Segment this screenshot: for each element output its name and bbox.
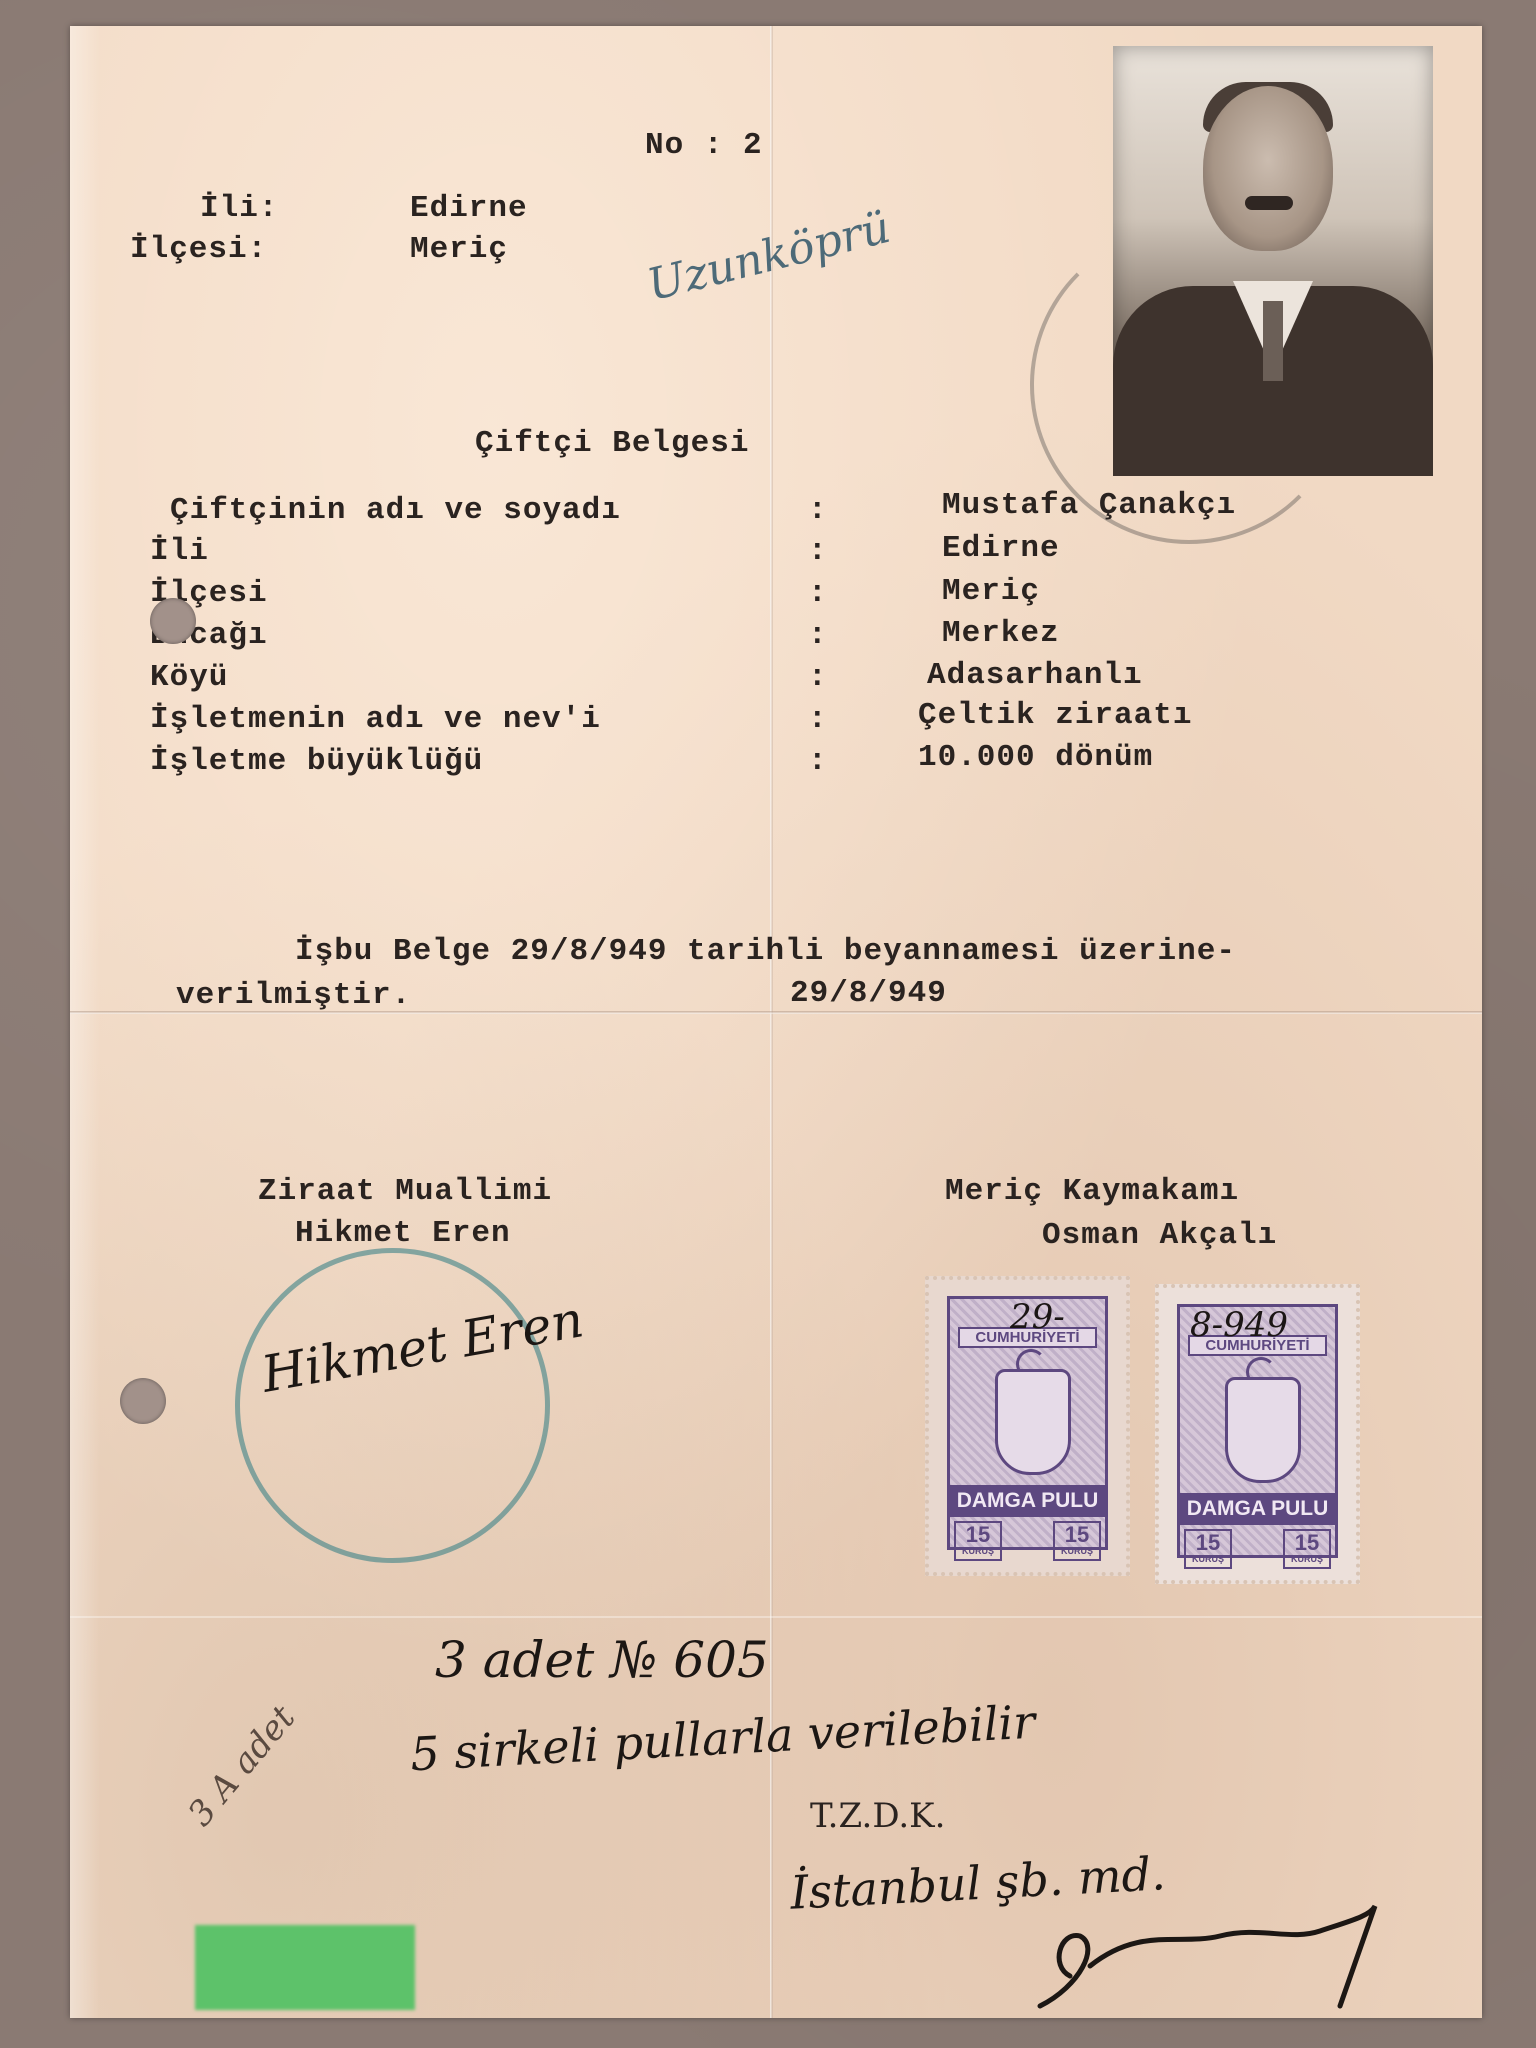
header-province-label: İli: [200, 191, 278, 226]
field-separator: : [808, 576, 828, 611]
left-signatory-title: Ziraat Muallimi [258, 1174, 552, 1209]
header-district-value: Meriç [410, 232, 508, 267]
punch-hole [150, 598, 196, 644]
document-title: Çiftçi Belgesi [475, 426, 749, 461]
stamp-cancel-mark: 29- [1010, 1297, 1065, 1337]
document-number: No : 2 [645, 128, 763, 163]
official-seal [235, 1248, 550, 1563]
redaction-block [195, 1925, 415, 2010]
field-value: Meriç [942, 574, 1040, 609]
emblem-icon [995, 1369, 1071, 1475]
field-separator: : [808, 493, 828, 528]
number-label: No [645, 128, 684, 163]
stamp-value: 15KURUŞ [1053, 1521, 1101, 1561]
revenue-stamp: CUMHURİYETİ DAMGA PULU 15KURUŞ 15KURUŞ 8… [1155, 1284, 1360, 1584]
emblem-icon [1225, 1377, 1301, 1483]
field-label: İşletme büyüklüğü [150, 744, 483, 779]
stamp-value: 15KURUŞ [1283, 1529, 1331, 1569]
field-separator: : [808, 702, 828, 737]
annotation-line-1: 3 adet № 605 [435, 1631, 769, 1689]
revenue-stamp: CUMHURİYETİ DAMGA PULU 15KURUŞ 15KURUŞ 2… [925, 1276, 1130, 1576]
issue-date: 29/8/949 [790, 976, 947, 1011]
annotation-line-3: T.Z.D.K. [810, 1796, 945, 1836]
right-signatory-title: Meriç Kaymakamı [945, 1174, 1239, 1209]
stamp-type: DAMGA PULU [1180, 1493, 1335, 1525]
header-district-label: İlçesi: [130, 232, 267, 267]
statement-line-1: İşbu Belge 29/8/949 tarihli beyannamesi … [295, 934, 1236, 969]
lower-fold [70, 1616, 1482, 1618]
stamp-value: 15KURUŞ [1184, 1529, 1232, 1569]
field-value: 10.000 dönüm [918, 740, 1153, 775]
header-handwriting: Uzunköprü [643, 202, 896, 311]
stamp-value: 15KURUŞ [954, 1521, 1002, 1561]
field-separator: : [808, 534, 828, 569]
field-value: Merkez [942, 616, 1060, 651]
field-label: İşletmenin adı ve nev'i [150, 702, 601, 737]
field-value: Edirne [942, 531, 1060, 566]
right-signatory-name: Osman Akçalı [1042, 1218, 1277, 1253]
field-value: Adasarhanlı [927, 658, 1143, 693]
field-separator: : [808, 744, 828, 779]
number-value: 2 [743, 128, 763, 163]
field-separator: : [808, 660, 828, 695]
field-value: Mustafa Çanakçı [942, 488, 1236, 523]
field-label: Çiftçinin adı ve soyadı [170, 493, 621, 528]
margin-note: 3 A adet [180, 1698, 303, 1834]
statement-line-2: verilmiştir. [176, 978, 411, 1013]
punch-hole [120, 1378, 166, 1424]
stamp-cancel-mark: 8-949 [1190, 1305, 1288, 1345]
document-page: No : 2 İli: Edirne İlçesi: Meriç Uzunköp… [70, 26, 1482, 2018]
field-separator: : [808, 618, 828, 653]
field-label: Köyü [150, 660, 228, 695]
left-signatory-name: Hikmet Eren [295, 1216, 511, 1251]
header-province-value: Edirne [410, 191, 528, 226]
bottom-signature [1020, 1886, 1440, 2026]
field-value: Çeltik ziraatı [918, 698, 1192, 733]
field-label: İli [150, 534, 209, 569]
stamp-type: DAMGA PULU [950, 1485, 1105, 1517]
annotation-line-2: 5 sirkeli pullarla verilebilir [409, 1695, 1036, 1782]
